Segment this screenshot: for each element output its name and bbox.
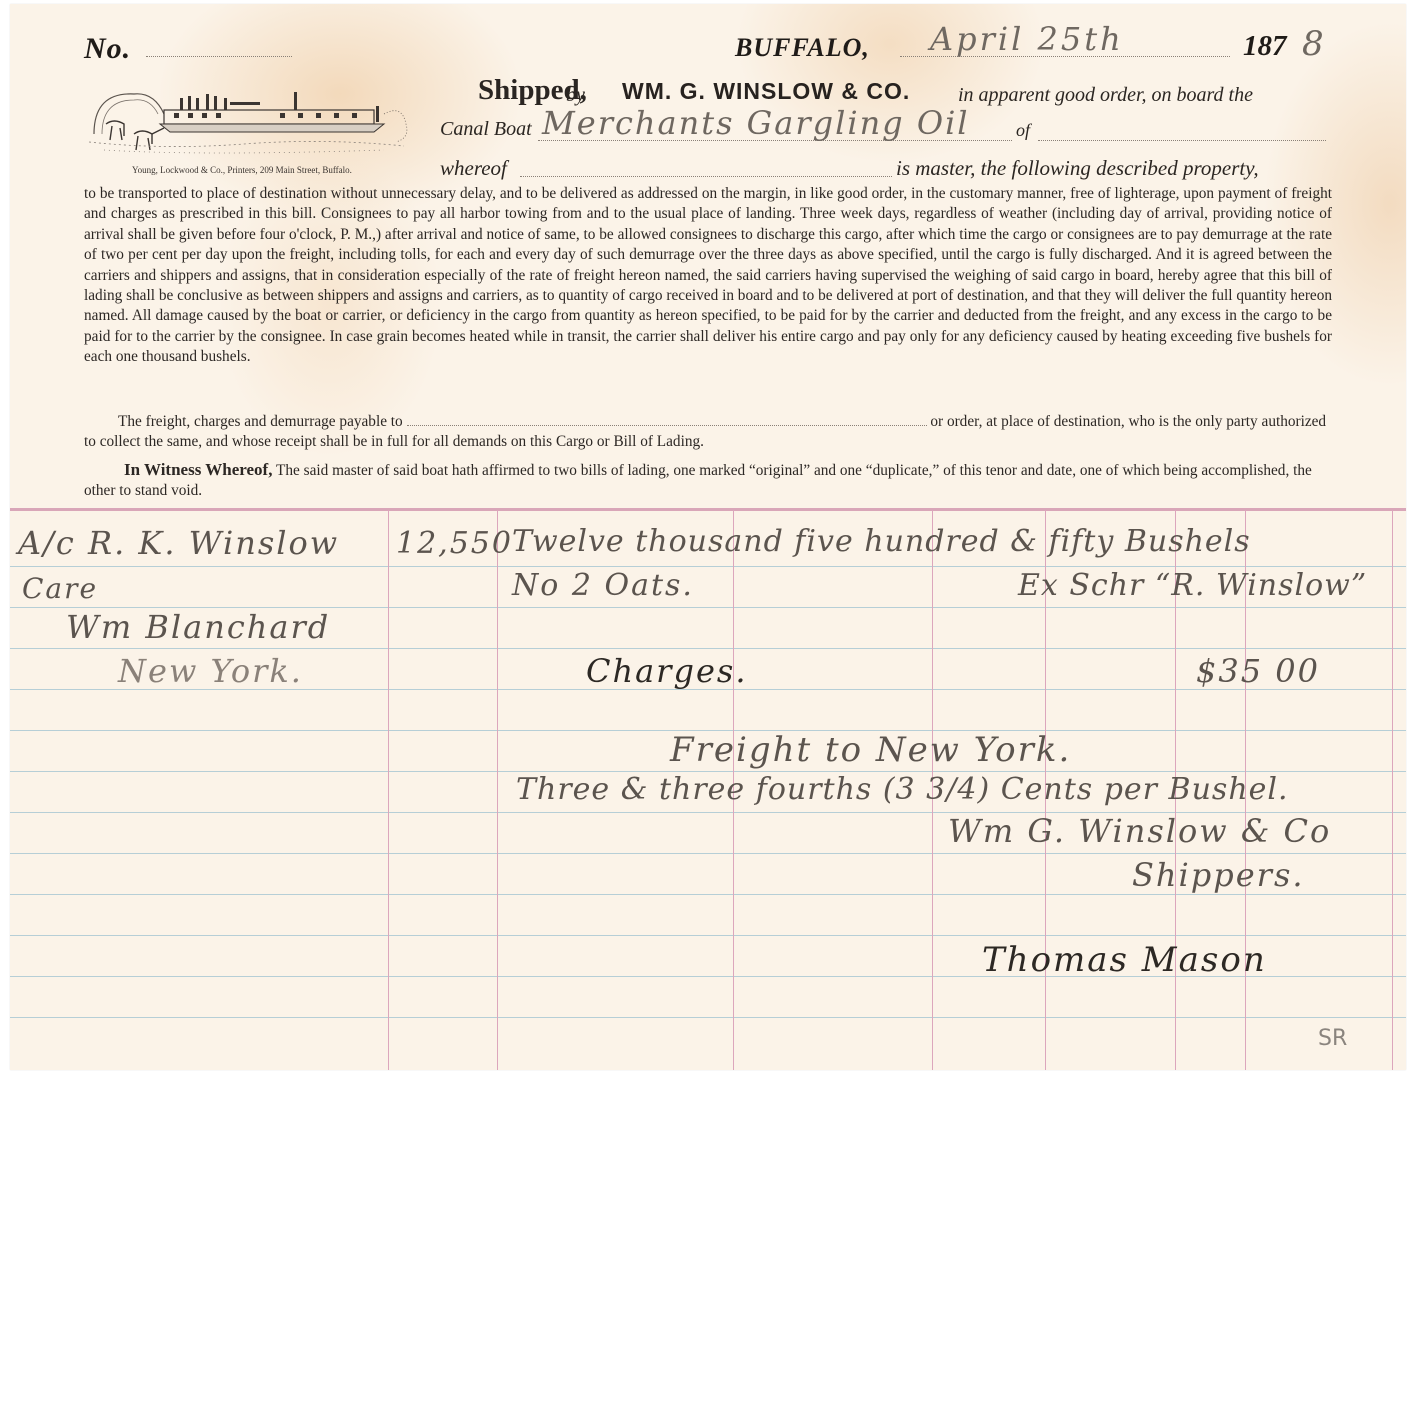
payment-paragraph: The freight, charges and demurrage payab… bbox=[84, 412, 1332, 453]
witness-heading: In Witness Whereof, bbox=[84, 460, 272, 479]
handwritten-date: April 25th bbox=[930, 20, 1124, 58]
freight-rate: Three & three fourths (3 3/4) Cents per … bbox=[516, 772, 1289, 807]
consignee-line-2: Care bbox=[22, 572, 98, 605]
canal-boat-label: Canal Boat bbox=[440, 118, 532, 141]
freight-destination: Freight to New York. bbox=[670, 730, 1071, 770]
canal-boat-name: Merchants Gargling Oil bbox=[542, 104, 970, 142]
witness-paragraph: In Witness Whereof, The said master of s… bbox=[84, 460, 1332, 502]
terms-paragraph: to be transported to place of destinatio… bbox=[84, 184, 1332, 368]
handwritten-year-digit: 8 bbox=[1302, 24, 1324, 64]
number-label: No. bbox=[84, 32, 131, 66]
payment-text-start: The freight, charges and demurrage payab… bbox=[84, 413, 403, 430]
margin-note: SR bbox=[1318, 1026, 1347, 1051]
order-text: in apparent good order, on board the bbox=[958, 84, 1253, 107]
consignee-line-1: A/c R. K. Winslow bbox=[18, 524, 339, 562]
shipper-label: Shippers. bbox=[1132, 856, 1305, 894]
printed-year: 187 bbox=[1243, 30, 1287, 63]
description-line-2: No 2 Oats. bbox=[512, 568, 694, 603]
vessel-reference: Ex Schr “R. Winslow” bbox=[1018, 568, 1367, 603]
charges-label: Charges. bbox=[586, 652, 747, 690]
description-line-1: Twelve thousand five hundred & fifty Bus… bbox=[512, 524, 1251, 559]
master-signature: Thomas Mason bbox=[982, 940, 1267, 980]
charges-amount: $35 00 bbox=[1196, 652, 1320, 690]
consignee-line-4: New York. bbox=[118, 652, 303, 690]
printer-credit: Young, Lockwood & Co., Printers, 209 Mai… bbox=[132, 165, 352, 175]
of-field-line bbox=[1038, 140, 1326, 141]
whereof-label: whereof bbox=[440, 156, 507, 181]
number-field-line bbox=[146, 56, 292, 57]
shipper-name: Wm G. Winslow & Co bbox=[948, 812, 1331, 850]
company-name: WM. G. WINSLOW & CO. bbox=[622, 78, 910, 105]
ledger-top-rule bbox=[10, 508, 1406, 511]
master-text: is master, the following described prope… bbox=[896, 156, 1259, 181]
master-field-line bbox=[520, 176, 892, 177]
city-label: BUFFALO, bbox=[735, 33, 870, 63]
payable-to-field-line bbox=[407, 413, 927, 426]
consignee-line-3: Wm Blanchard bbox=[66, 608, 330, 646]
of-label: of bbox=[1016, 120, 1030, 141]
quantity-value: 12,550 bbox=[396, 526, 513, 561]
canal-boat-engraving-icon bbox=[84, 84, 414, 160]
